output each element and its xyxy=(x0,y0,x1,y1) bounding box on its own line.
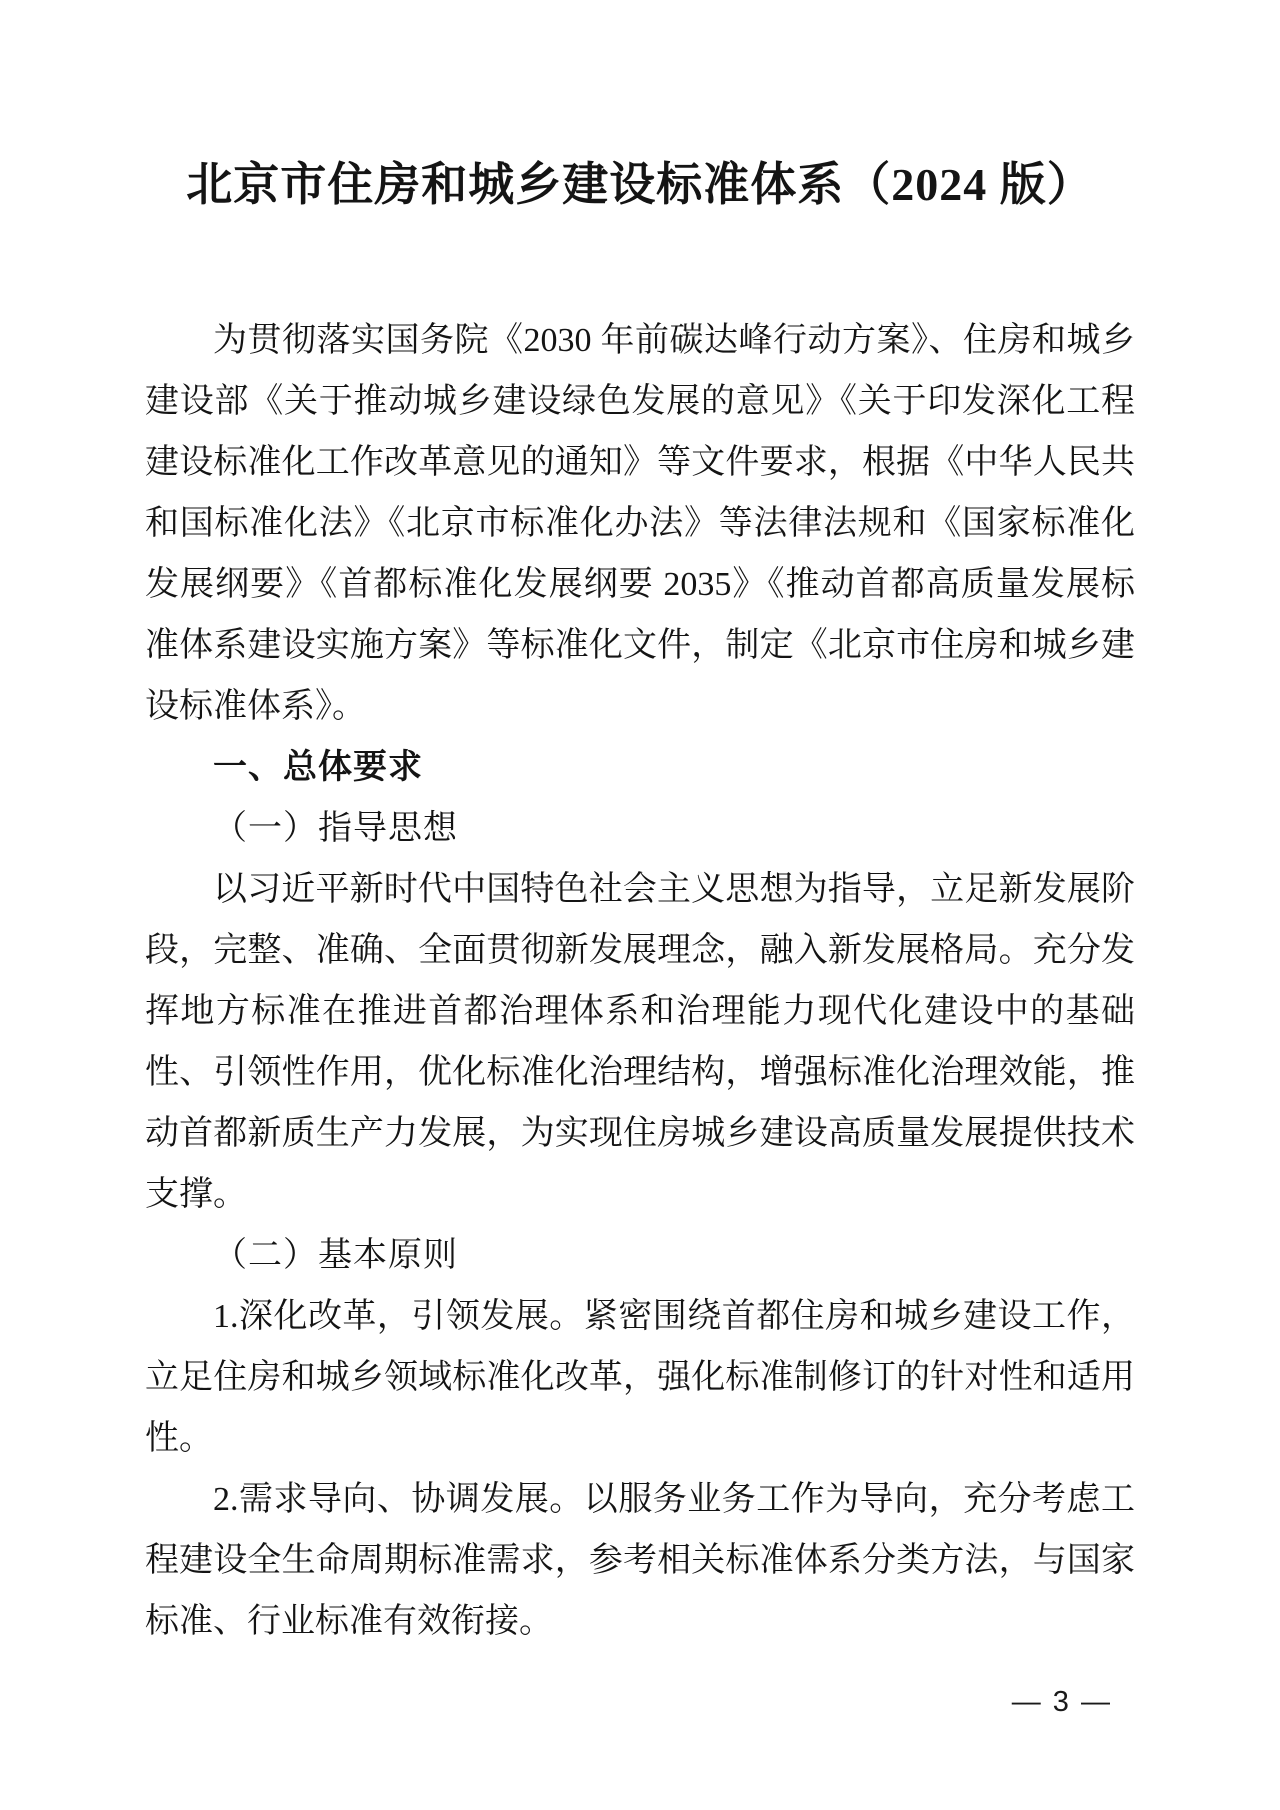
intro-paragraph: 为贯彻落实国务院《2030 年前碳达峰行动方案》、住房和城乡建设部《关于推动城乡… xyxy=(145,310,1135,737)
basic-principle-item-1: 1.深化改革，引领发展。紧密围绕首都住房和城乡建设工作，立足住房和城乡领域标准化… xyxy=(145,1286,1135,1469)
document-title: 北京市住房和城乡建设标准体系（2024 版） xyxy=(0,0,1280,214)
document-body: 为贯彻落实国务院《2030 年前碳达峰行动方案》、住房和城乡建设部《关于推动城乡… xyxy=(145,310,1135,1652)
subsection-1-2-heading: （二）基本原则 xyxy=(145,1225,1135,1286)
subsection-1-1-heading: （一）指导思想 xyxy=(145,798,1135,859)
guiding-ideology-paragraph: 以习近平新时代中国特色社会主义思想为指导，立足新发展阶段，完整、准确、全面贯彻新… xyxy=(145,859,1135,1225)
section-1-heading: 一、总体要求 xyxy=(145,737,1135,798)
document-page: 北京市住房和城乡建设标准体系（2024 版） 为贯彻落实国务院《2030 年前碳… xyxy=(0,0,1280,1810)
page-number: — 3 — xyxy=(1012,1686,1112,1718)
basic-principle-item-2: 2.需求导向、协调发展。以服务业务工作为导向，充分考虑工程建设全生命周期标准需求… xyxy=(145,1469,1135,1652)
